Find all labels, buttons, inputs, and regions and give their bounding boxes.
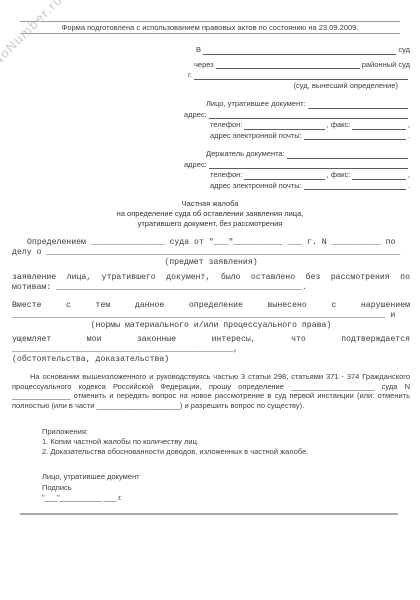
email-label: адрес электронной почты: <box>210 181 302 192</box>
statement-line-1: заявление лица, утратившего документ, бы… <box>12 273 410 283</box>
document-title: Частная жалоба на определение суда об ос… <box>0 199 420 229</box>
addressee-block: В суд через районный суд г. (суд, вынесш… <box>184 45 410 191</box>
city-prefix: г. <box>188 70 192 81</box>
fax-tail: , <box>408 120 410 131</box>
document-page: NoNumber.ru Форма подготовлена с использ… <box>0 0 420 600</box>
title-line-1: Частная жалоба <box>0 199 420 209</box>
court-suffix: суд <box>398 45 410 56</box>
holder-phone-blank <box>244 171 324 180</box>
holder-address-line: адрес: <box>184 160 410 171</box>
document-body: Определением _______________ суда от "__… <box>12 238 410 504</box>
loser-title-line: Лицо, утратившее документ: <box>184 99 410 110</box>
attachments-title: Приложения: <box>42 427 410 437</box>
evidence-caption: (обстоятельства, доказательства) <box>12 355 410 365</box>
via-court-line: через районный суд <box>184 60 410 71</box>
loser-address-blank <box>209 110 408 119</box>
form-preparation-note: Форма подготовлена с использованием прав… <box>20 21 400 34</box>
holder-email-line: адрес электронной почты: . <box>184 181 410 192</box>
attachment-item-2: 2. Доказательства обоснованности доводов… <box>42 447 410 457</box>
interests-line-1: ущемляет мои законные интересы, что подт… <box>12 335 410 345</box>
motives-blank-line: мотивам: _______________________________… <box>12 283 410 293</box>
holder-email-blank <box>304 181 406 190</box>
violation-caption: (нормы материального и/или процессуально… <box>12 321 410 331</box>
signatory-label: Лицо, утратившее документ <box>42 472 410 483</box>
court-name-blank <box>203 46 396 55</box>
loser-email-blank <box>304 131 406 140</box>
holder-fax-blank <box>352 171 406 180</box>
phone-label: телефон: <box>210 120 242 131</box>
loser-phone-line: телефон: , факс: , <box>184 120 410 131</box>
phone-label: телефон: <box>210 170 242 181</box>
email-tail: . <box>408 131 410 142</box>
site-watermark: NoNumber.ru <box>0 0 98 69</box>
holder-address-blank <box>209 160 408 169</box>
violation-blank-line: ________________________________________… <box>12 311 410 321</box>
city-blank <box>194 71 408 80</box>
case-subject-caption: (предмет заявления) <box>12 258 410 268</box>
ruling-line: Определением _______________ суда от "__… <box>12 238 410 248</box>
address-label: адрес: <box>184 160 207 171</box>
request-paragraph: На основании вышеизложенного и руководст… <box>12 372 410 410</box>
signature-label: Подпись <box>42 483 410 494</box>
loser-fax-blank <box>352 121 406 130</box>
loser-address-line: адрес: <box>184 110 410 121</box>
via-prefix: через <box>194 60 214 71</box>
holder-title-line: Держатель документа: <box>184 149 410 160</box>
via-suffix: районный суд <box>362 60 410 71</box>
fax-label: , факс: <box>327 170 351 181</box>
bottom-divider <box>20 513 398 515</box>
loser-phone-blank <box>244 121 324 130</box>
court-caption: (суд, вынесший определение) <box>184 81 410 92</box>
loser-title: Лицо, утратившее документ: <box>206 99 306 110</box>
holder-phone-line: телефон: , факс: , <box>184 170 410 181</box>
email-label: адрес электронной почты: <box>210 131 302 142</box>
court-prefix: В <box>196 45 201 56</box>
title-line-3: утратившего документ, без рассмотрения <box>0 219 420 229</box>
title-line-2: на определение суда об оставлении заявле… <box>0 209 420 219</box>
case-subject-line: делу о _________________________________… <box>12 248 410 258</box>
email-tail: . <box>408 181 410 192</box>
attachments-block: Приложения: 1. Копии частной жалобы по к… <box>12 427 410 457</box>
loser-name-blank <box>308 100 408 109</box>
violation-line-1: Вместе с тем данное определение вынесено… <box>12 301 410 311</box>
holder-title: Держатель документа: <box>206 149 285 160</box>
via-court-blank <box>216 60 360 69</box>
fax-label: , факс: <box>327 120 351 131</box>
address-label: адрес: <box>184 110 207 121</box>
court-line: В суд <box>184 45 410 56</box>
city-line: г. <box>184 70 410 81</box>
holder-name-blank <box>287 150 408 159</box>
signature-block: Лицо, утратившее документ Подпись "___"_… <box>12 472 410 504</box>
attachment-item-1: 1. Копии частной жалобы по количеству ли… <box>42 437 410 447</box>
signature-date-line: "___"__________ ___ г. <box>42 493 410 504</box>
evidence-blank-line: ________________________________________… <box>12 345 410 355</box>
loser-email-line: адрес электронной почты: . <box>184 131 410 142</box>
fax-tail: , <box>408 170 410 181</box>
